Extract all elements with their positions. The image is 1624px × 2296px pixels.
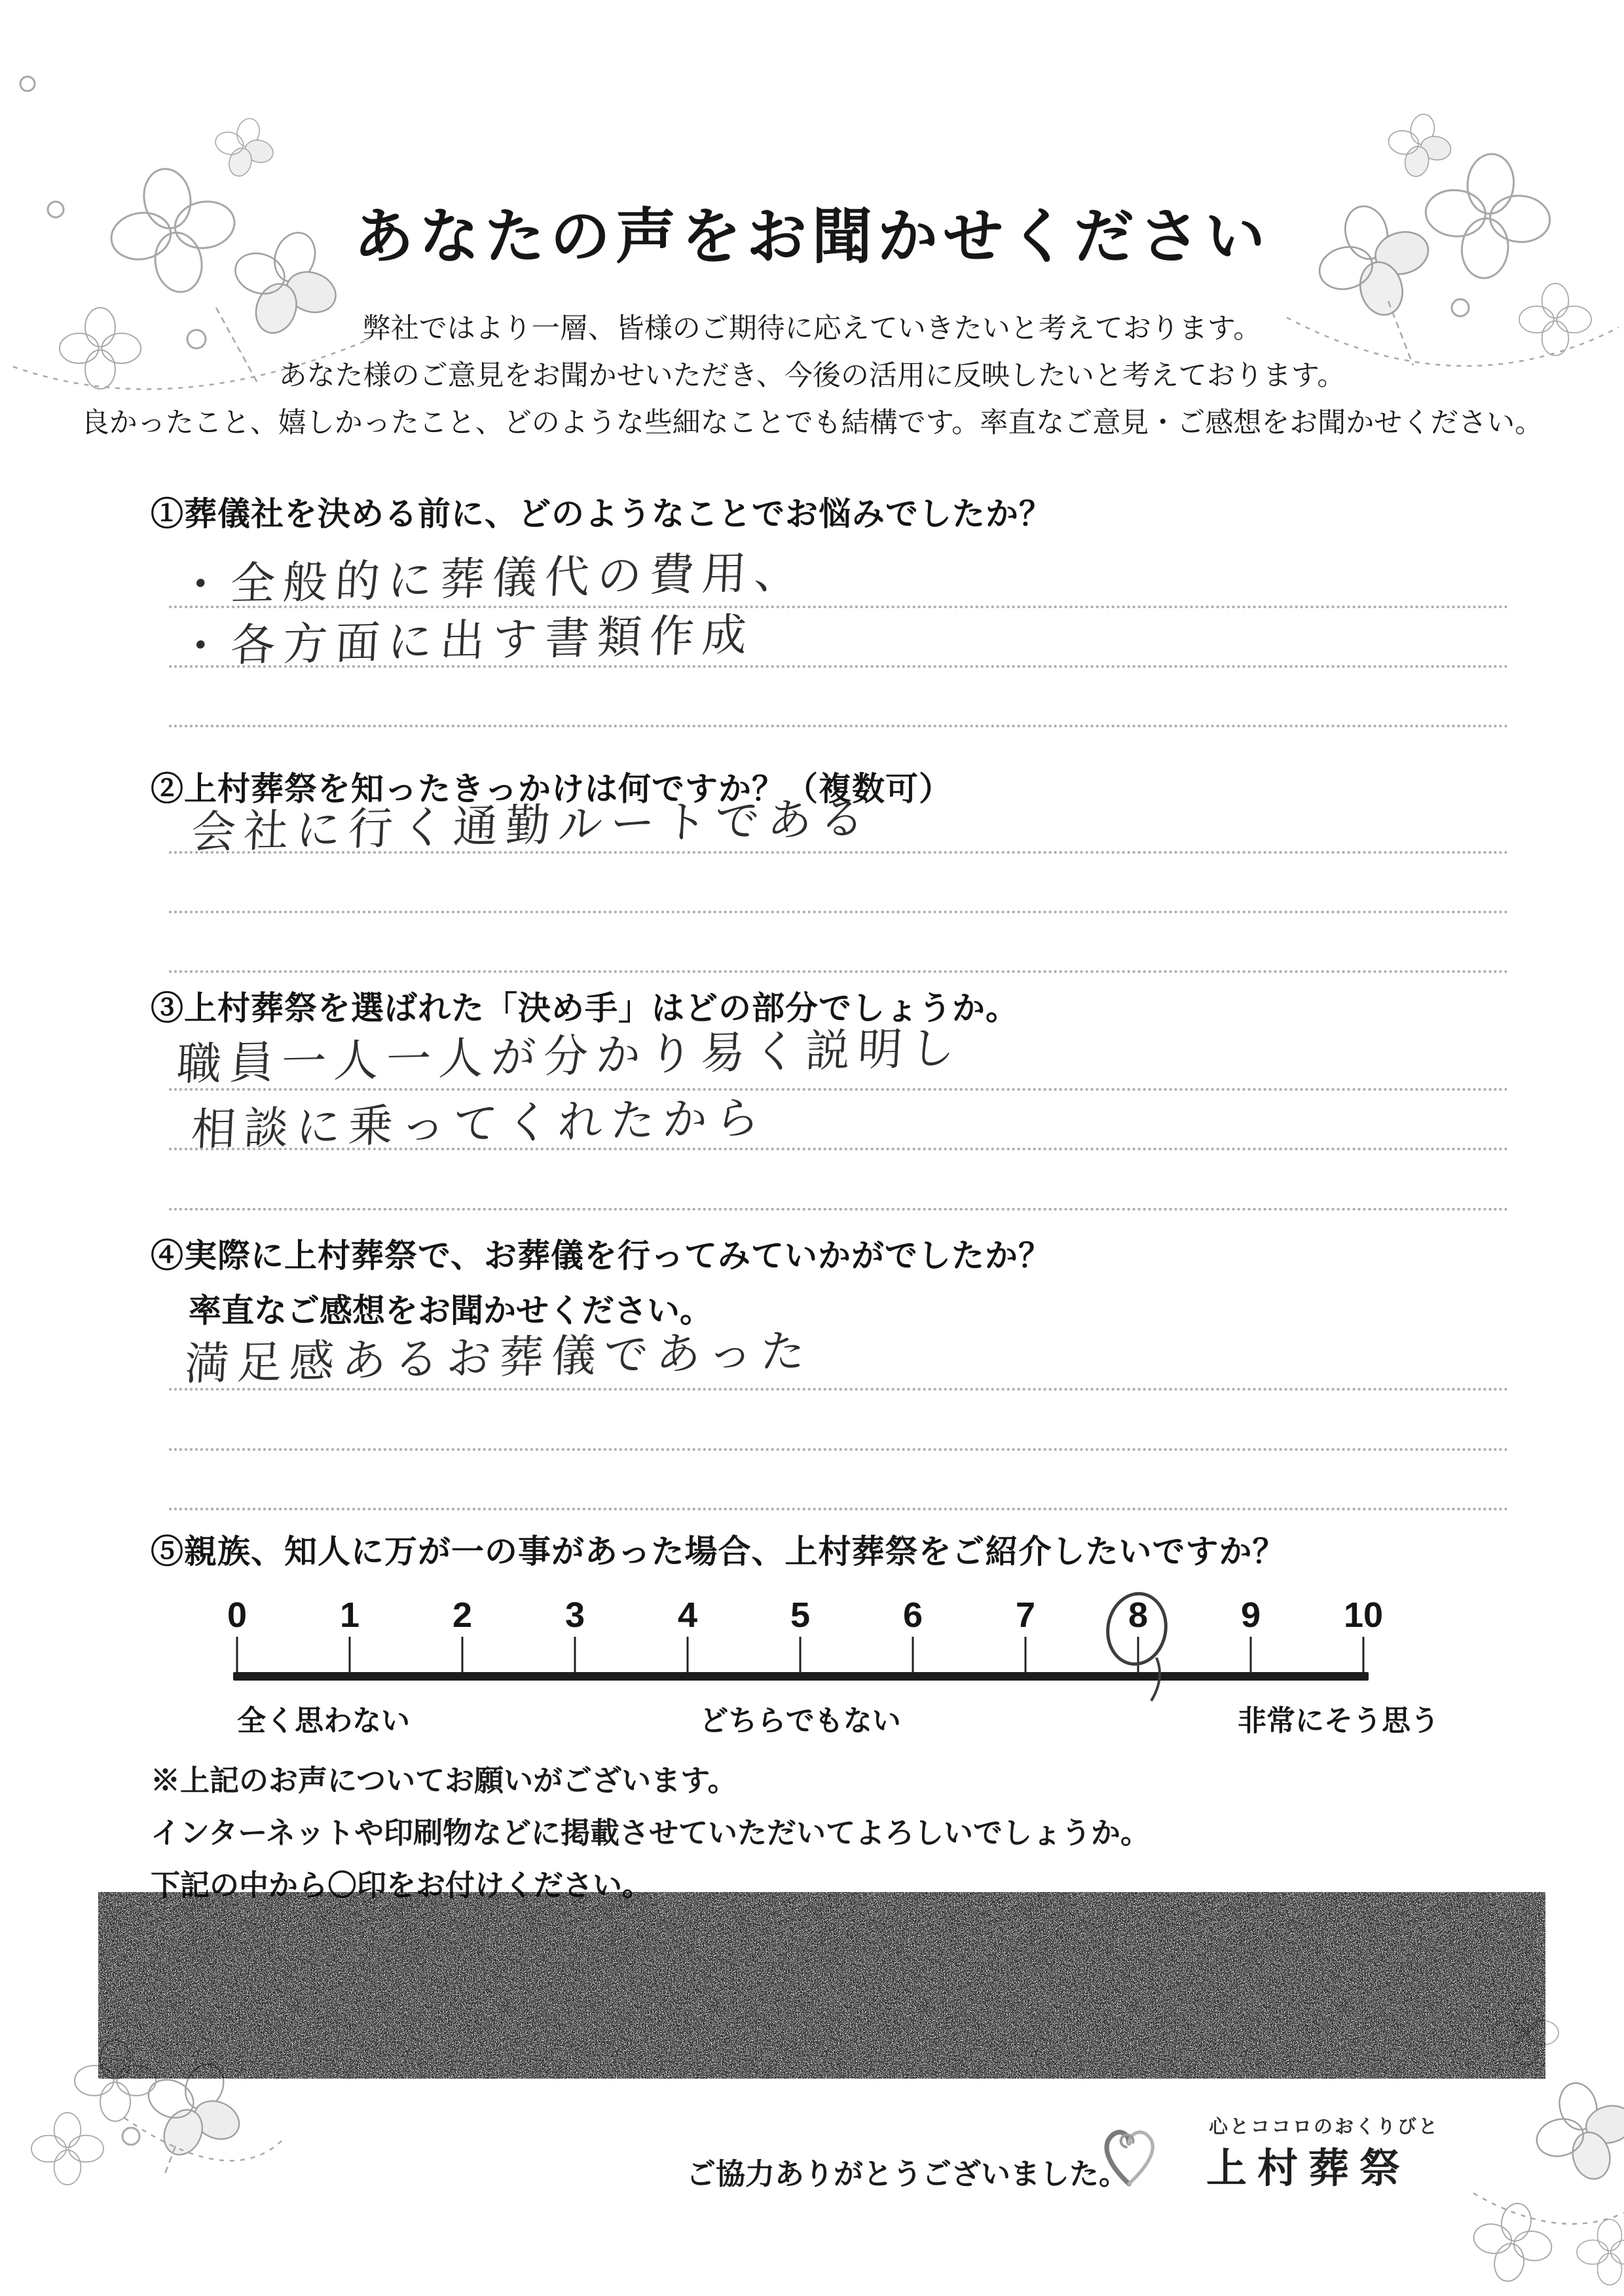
question-1-answer-line-2: ・各方面に出す書類作成 bbox=[177, 599, 756, 675]
answer-rule bbox=[169, 851, 1509, 854]
answer-rule bbox=[169, 1448, 1509, 1451]
scale-stem bbox=[912, 1637, 914, 1673]
answer-rule bbox=[169, 970, 1509, 973]
scale-label-max: 非常にそう思う bbox=[1238, 1697, 1439, 1739]
scale-tick-7: 7 bbox=[1016, 1595, 1035, 1635]
logo-tagline: 心とココロのおくりびと bbox=[1209, 2112, 1439, 2139]
scale-label-mid: どちらでもない bbox=[699, 1697, 901, 1739]
scale-tick-2: 2 bbox=[452, 1595, 472, 1635]
scale-stem bbox=[1025, 1637, 1027, 1673]
question-4-answer-line-1: 満足感あるお葬儀であった bbox=[183, 1316, 815, 1393]
intro-line-1: 弊社ではより一層、皆様のご期待に応えていきたいと考えております。 bbox=[0, 305, 1624, 352]
answer-rule bbox=[169, 1508, 1509, 1510]
question-1-label: ①葬儀社を決める前に、どのようなことでお悩みでしたか？ bbox=[151, 488, 1052, 535]
survey-page: あなたの声をお聞かせください 弊社ではより一層、皆様のご期待に応えていきたいと考… bbox=[0, 0, 1624, 2296]
redacted-noise-block bbox=[98, 1892, 1545, 2079]
intro-text: 弊社ではより一層、皆様のご期待に応えていきたいと考えております。 あなた様のご意… bbox=[0, 305, 1624, 446]
scale-tick-9: 9 bbox=[1241, 1595, 1261, 1635]
page-title: あなたの声をお聞かせください bbox=[0, 189, 1624, 275]
scale-stem bbox=[236, 1637, 238, 1673]
scale-stem bbox=[1250, 1637, 1252, 1673]
logo-name: 上村葬祭 bbox=[1206, 2136, 1411, 2194]
note-line-1: ※上記のお声についてお願いがございます。 bbox=[151, 1757, 737, 1799]
question-5-label: ⑤親族、知人に万が一の事があった場合、上村葬祭をご紹介したいですか？ bbox=[151, 1525, 1286, 1573]
scale-stem bbox=[1363, 1637, 1365, 1673]
question-3-answer-line-2: 相談に乗ってくれたから bbox=[190, 1082, 769, 1158]
scale-tick-5: 5 bbox=[790, 1595, 810, 1635]
answer-rule bbox=[169, 911, 1509, 913]
intro-line-3: 良かったこと、嬉しかったこと、どのような些細なことでも結構です。率直なご意見・ご… bbox=[0, 399, 1624, 446]
answer-rule bbox=[169, 606, 1509, 608]
thanks-text: ご協力ありがとうございました。 bbox=[686, 2150, 1128, 2193]
answer-rule bbox=[169, 725, 1509, 727]
scale-tick-1: 1 bbox=[340, 1595, 360, 1635]
scale-bar bbox=[233, 1672, 1369, 1681]
answer-rule bbox=[169, 1088, 1509, 1091]
question-4-label: ④実際に上村葬祭で、お葬儀を行ってみていかがでしたか？ bbox=[151, 1230, 1052, 1277]
scale-tick-3: 3 bbox=[565, 1595, 585, 1635]
scale-tick-10: 10 bbox=[1344, 1595, 1383, 1635]
handwritten-selection-circle bbox=[1094, 1583, 1185, 1707]
heart-logo-icon bbox=[1095, 2119, 1163, 2192]
scale-stem bbox=[349, 1637, 351, 1673]
scale-stem bbox=[800, 1637, 802, 1673]
note-line-2: インターネットや印刷物などに掲載させていただいてよろしいでしょうか。 bbox=[151, 1809, 1150, 1851]
scale-tick-4: 4 bbox=[678, 1595, 697, 1635]
answer-rule bbox=[169, 665, 1509, 668]
scale-label-min: 全く思わない bbox=[237, 1697, 410, 1739]
answer-rule bbox=[169, 1388, 1509, 1391]
scale-stem bbox=[462, 1637, 464, 1673]
scale-tick-0: 0 bbox=[227, 1595, 247, 1635]
scale-tick-6: 6 bbox=[903, 1595, 923, 1635]
question-2-answer-line-1: 会社に行く通勤ルートである bbox=[190, 783, 874, 861]
answer-rule bbox=[169, 1208, 1509, 1211]
answer-rule bbox=[169, 1148, 1509, 1150]
scale-stem bbox=[687, 1637, 689, 1673]
scale-stem bbox=[574, 1637, 576, 1673]
rating-scale: 0 1 2 3 4 5 6 7 8 9 10 bbox=[237, 1595, 1365, 1677]
intro-line-2: あなた様のご意見をお聞かせいただき、今後の活用に反映したいと考えております。 bbox=[0, 352, 1624, 399]
